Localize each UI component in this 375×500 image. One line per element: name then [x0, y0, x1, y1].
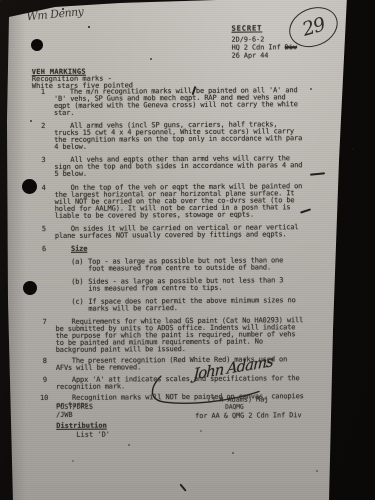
para-number: 3	[41, 157, 45, 164]
para-number: 4	[42, 185, 46, 192]
size-section: 6 Size	[33, 244, 323, 253]
date-line: 26 Apr 44	[232, 51, 269, 59]
signature-name: (J H Adams) Maj	[207, 395, 268, 403]
signature-role: DAQMG	[225, 404, 244, 412]
distribution-item: List 'D'	[76, 431, 110, 439]
size-heading: Size	[71, 245, 87, 253]
para-number: 5	[42, 226, 46, 233]
paragraph-3: 3 All vehs and eqpts other than armd veh…	[32, 155, 322, 178]
para-text: On sides it will be carried on vertical …	[55, 224, 305, 240]
distribution-heading: Distribution	[56, 422, 107, 430]
size-item-a: (a) Top - as large as possible but not l…	[33, 257, 323, 273]
para-number: 10	[40, 395, 48, 402]
secret-stamp-block: SECRET 2D/9-6-2 HQ 2 Cdn Inf Div 26 Apr …	[231, 24, 297, 59]
handwritten-note: Wm Denny	[26, 0, 147, 23]
footer-reference: POST/DRLS /JWB	[56, 404, 93, 419]
item-text: Top - as large as possible but not less …	[88, 257, 296, 273]
paragraph-1: 1 The m/n recognition marks will be pain…	[32, 87, 322, 117]
file-reference: 2D/9-6-2	[232, 35, 265, 43]
unit-line: HQ 2 Cdn Inf Div	[232, 43, 298, 51]
classification-stamp: SECRET	[231, 24, 262, 32]
document-content: Wm Denny SECRET 2D/9-6-2 HQ 2 Cdn Inf Di…	[0, 0, 375, 500]
para-number: 2	[41, 123, 45, 130]
signature-for-line: for AA & QMG 2 Cdn Inf Div	[195, 411, 301, 420]
photo-specks	[0, 0, 2, 2]
para-number: 1	[41, 89, 45, 96]
distribution-section: Distribution List 'D'	[56, 422, 107, 430]
size-item-b: (b) Sides - as large as possible but not…	[33, 277, 323, 293]
para-number: 9	[43, 376, 47, 383]
paragraph-5: 5 On sides it will be carried on vertica…	[33, 224, 323, 240]
item-text: Sides - as large as possible but not les…	[88, 277, 296, 293]
size-item-c: (c) If space does not permit the above m…	[33, 297, 323, 313]
para-text: The m/n recognition marks will be painte…	[54, 87, 304, 117]
item-label: (a)	[71, 259, 83, 266]
para-text: All armd vehs (incl SP guns, carriers, h…	[54, 121, 304, 151]
para-number: 8	[43, 358, 47, 365]
item-label: (c)	[71, 299, 83, 306]
para-text: All vehs and eqpts other than armd vehs …	[54, 156, 304, 179]
para-text: On the top of the veh or eqpt the mark w…	[55, 183, 305, 220]
para-number: 7	[42, 319, 46, 326]
footer-ref-line2: /JWB	[56, 410, 72, 418]
item-text: If space does not permit the above minim…	[88, 297, 296, 313]
paragraph-7: 7 Requirements for white lead GS paint (…	[33, 317, 323, 354]
para-number: 6	[42, 246, 46, 253]
para-text: Requirements for white lead GS paint (Ca…	[55, 317, 305, 354]
paragraph-2: 2 All armd vehs (incl SP guns, carriers,…	[32, 121, 322, 151]
document-body: 1 The m/n recognition marks will be pain…	[32, 87, 324, 409]
paragraph-4: 4 On the top of the veh or eqpt the mark…	[33, 183, 323, 220]
photo-background: Wm Denny SECRET 2D/9-6-2 HQ 2 Cdn Inf Di…	[0, 0, 375, 500]
item-label: (b)	[71, 279, 83, 286]
struck-word: Div	[285, 43, 297, 51]
